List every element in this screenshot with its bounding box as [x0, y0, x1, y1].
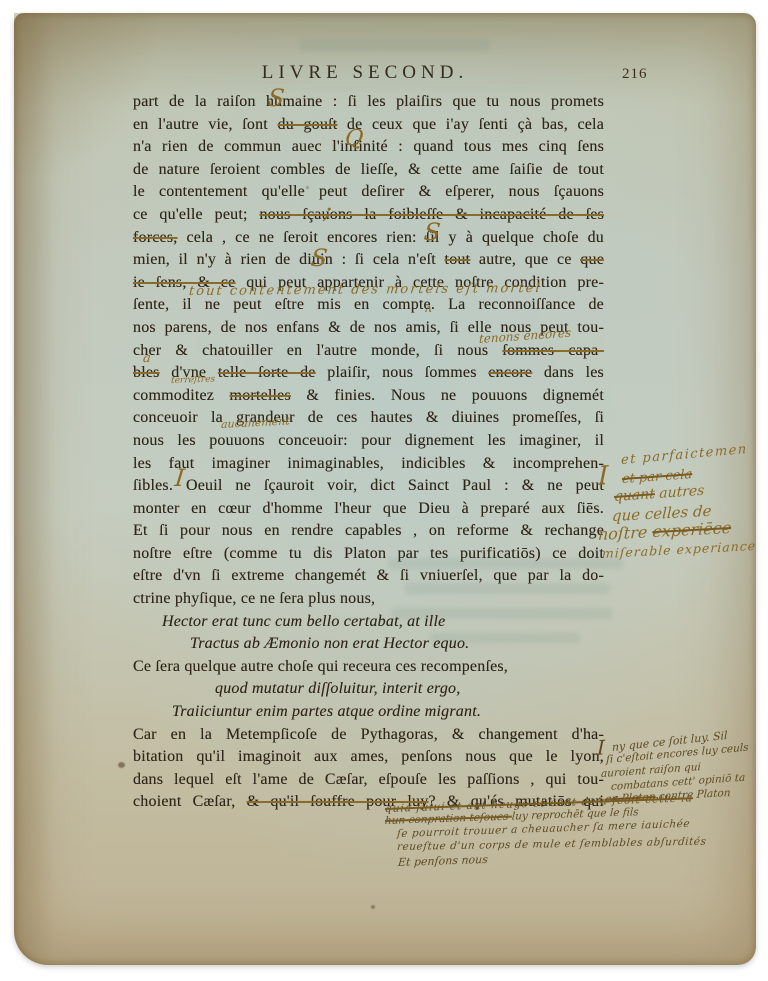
handwritten-text: S — [267, 84, 286, 112]
handwritten-struck-text: quant — [614, 486, 655, 505]
print-text: ctrine phyſique, ce ne ſera plus nous, — [133, 590, 375, 607]
print-line: quod mutatur diſſoluitur, interit ergo, — [133, 678, 604, 701]
print-text: nous les pouuons conceuoir: pour digneme… — [133, 432, 604, 449]
struck-text: que — [580, 251, 604, 268]
handwritten-text: Q — [344, 126, 365, 151]
scanned-book-page: LIVRE SECOND. 216 part de la raiſon huma… — [0, 0, 768, 981]
handwritten-note: terreſtres — [171, 374, 216, 386]
print-text: le contentement qu'elle peut deſirer & e… — [133, 183, 604, 200]
handwritten-note: I — [597, 735, 605, 760]
handwritten-note: I — [598, 461, 609, 492]
print-line: ſibles. Oeuil ne ſçauroit voir, dict Sai… — [133, 475, 604, 498]
handwritten-text: noſtre — [598, 522, 653, 544]
struck-text: du gouſt — [278, 116, 338, 133]
print-text: mien, il n'y à rien de diuin : ſi cela n… — [133, 251, 445, 268]
handwritten-note: S — [267, 84, 286, 112]
print-text: Tractus ab Æmonio non erat Hector equo. — [190, 635, 469, 652]
print-line: nous les pouuons conceuoir: pour digneme… — [133, 430, 604, 453]
print-line: monter en cœur d'homme l'heur que Dieu à… — [133, 498, 604, 521]
print-line: Tractus ab Æmonio non erat Hector equo. — [133, 633, 604, 656]
print-line: forces, cela , ce ne ſeroit encores rien… — [133, 227, 604, 250]
struck-text: bles — [133, 364, 160, 381]
handwritten-text: ʌ — [424, 301, 432, 315]
running-title: LIVRE SECOND. — [133, 62, 597, 84]
print-line: en l'autre vie, ſont du gouſt de ceux qu… — [133, 114, 604, 137]
print-text: ce qu'elle peut; — [133, 206, 259, 223]
handwritten-note: a — [142, 351, 151, 366]
print-text: ſibles. Oeuil ne ſçauroit voir, dict Sai… — [133, 477, 604, 494]
print-text: Hector erat tunc cum bello certabat, at … — [162, 613, 445, 630]
print-text: dans lequel eſt l'ame de Cæſar, eſpouſe … — [133, 771, 604, 788]
print-line: les faut imaginer inimaginables, indicib… — [133, 453, 604, 476]
print-text: dans les — [532, 364, 604, 381]
struck-text: mortelles — [230, 387, 291, 404]
handwritten-text: I — [598, 461, 609, 492]
handwritten-note: S — [310, 244, 329, 272]
print-line: dans lequel eſt l'ame de Cæſar, eſpouſe … — [133, 769, 604, 792]
print-text: autre, que ce — [470, 251, 580, 268]
struck-text: tout — [445, 251, 471, 268]
bleed-through-ghost — [300, 40, 490, 51]
print-text: les faut imaginer inimaginables, indicib… — [133, 455, 604, 472]
ink-stain — [306, 186, 309, 189]
print-text: plaiſir, nous ſommes — [316, 364, 489, 381]
print-text: commoditez — [133, 387, 230, 404]
struck-text: ſommes capa- — [502, 342, 604, 359]
print-text: monter en cœur d'homme l'heur que Dieu à… — [133, 500, 604, 517]
print-text: cher & chatouiller en l'autre monde, ſi … — [133, 342, 502, 359]
handwritten-text: S — [310, 244, 329, 272]
print-line: Et ſi pour nous en rendre capables , on … — [133, 520, 604, 543]
print-line: Hector erat tunc cum bello certabat, at … — [133, 611, 604, 634]
print-line: ctrine phyſique, ce ne ſera plus nous, — [133, 588, 604, 611]
print-line: Traiiciuntur enim partes atque ordine mi… — [133, 701, 604, 724]
ink-stain — [371, 905, 375, 909]
text-block: part de la raiſon humaine : ſi les plaiſ… — [133, 91, 604, 814]
print-text: de ceux que i'ay ſenti çà bas, cela — [337, 116, 604, 133]
handwritten-text: I — [597, 735, 605, 760]
print-text: bitation qu'il imaginoit aux ames, penſo… — [133, 748, 604, 765]
print-text: Et ſi pour nous en rendre capables , on … — [133, 522, 604, 539]
ink-stain — [118, 762, 125, 768]
print-text: choient Cæſar, — [133, 793, 247, 810]
print-text: ſente, il ne peut eſtre mis en compte. L… — [133, 296, 604, 313]
handwritten-note: tout contentement des mortels eſt mortel — [188, 281, 542, 299]
print-line: n'a rien de commun auec l'infinité : qua… — [133, 136, 604, 159]
print-text: noſtre eſtre (comme tu dis Platon par te… — [133, 545, 604, 562]
print-text: n'a rien de commun auec l'infinité : qua… — [133, 138, 604, 155]
print-line: Car en la Metempſicoſe de Pythagoras, & … — [133, 724, 604, 747]
handwritten-note: S — [423, 218, 442, 246]
print-text: cela , ce ne ſeroit encores rien: ſil y … — [178, 229, 605, 246]
print-line: noſtre eſtre (comme tu dis Platon par te… — [133, 543, 604, 566]
print-line: part de la raiſon humaine : ſi les plaiſ… — [133, 91, 604, 114]
handwritten-note: ʌ — [424, 301, 432, 315]
print-line: ce qu'elle peut; nous ſçauons la foibleſ… — [133, 204, 604, 227]
handwritten-text: terreſtres — [171, 374, 216, 386]
print-text: Car en la Metempſicoſe de Pythagoras, & … — [133, 726, 604, 743]
handwritten-text: tout contentement des mortels eſt mortel — [188, 281, 542, 299]
handwritten-note: Q — [344, 126, 365, 151]
print-text: eſtre d'vn ſi extreme changemét & ſi vni… — [133, 567, 604, 584]
print-text: conceuoir la grandeur de ces hautes & di… — [133, 409, 604, 426]
struck-text: encore — [488, 364, 532, 381]
handwritten-text: a — [142, 351, 151, 366]
print-line: commoditez mortelles & finies. Nous ne p… — [133, 385, 604, 408]
print-text: de nature ſeroient combles de lieſſe, & … — [133, 161, 604, 178]
struck-text: telle ſorte de — [218, 364, 316, 381]
print-line: conceuoir la grandeur de ces hautes & di… — [133, 407, 604, 430]
print-text: en l'autre vie, ſont — [133, 116, 278, 133]
print-text: & finies. Nous ne pouuons dignemét — [291, 387, 604, 404]
print-line: mien, il n'y à rien de diuin : ſi cela n… — [133, 249, 604, 272]
page-number: 216 — [622, 66, 648, 83]
print-line: Ce ſera quelque autre choſe qui receura … — [133, 656, 604, 679]
struck-text: forces, — [133, 229, 178, 246]
print-line: de nature ſeroient combles de lieſſe, & … — [133, 159, 604, 182]
print-line: le contentement qu'elle peut deſirer & e… — [133, 181, 604, 204]
print-text: Traiiciuntur enim partes atque ordine mi… — [172, 703, 481, 720]
print-text: Ce ſera quelque autre choſe qui receura … — [133, 658, 508, 675]
print-line: eſtre d'vn ſi extreme changemét & ſi vni… — [133, 565, 604, 588]
handwritten-text: S — [423, 218, 442, 246]
print-text: part de la raiſon humaine : ſi les plaiſ… — [133, 93, 604, 110]
print-line: cher & chatouiller en l'autre monde, ſi … — [133, 340, 604, 363]
print-line: bitation qu'il imaginoit aux ames, penſo… — [133, 746, 604, 769]
print-text: quod mutatur diſſoluitur, interit ergo, — [215, 680, 460, 697]
